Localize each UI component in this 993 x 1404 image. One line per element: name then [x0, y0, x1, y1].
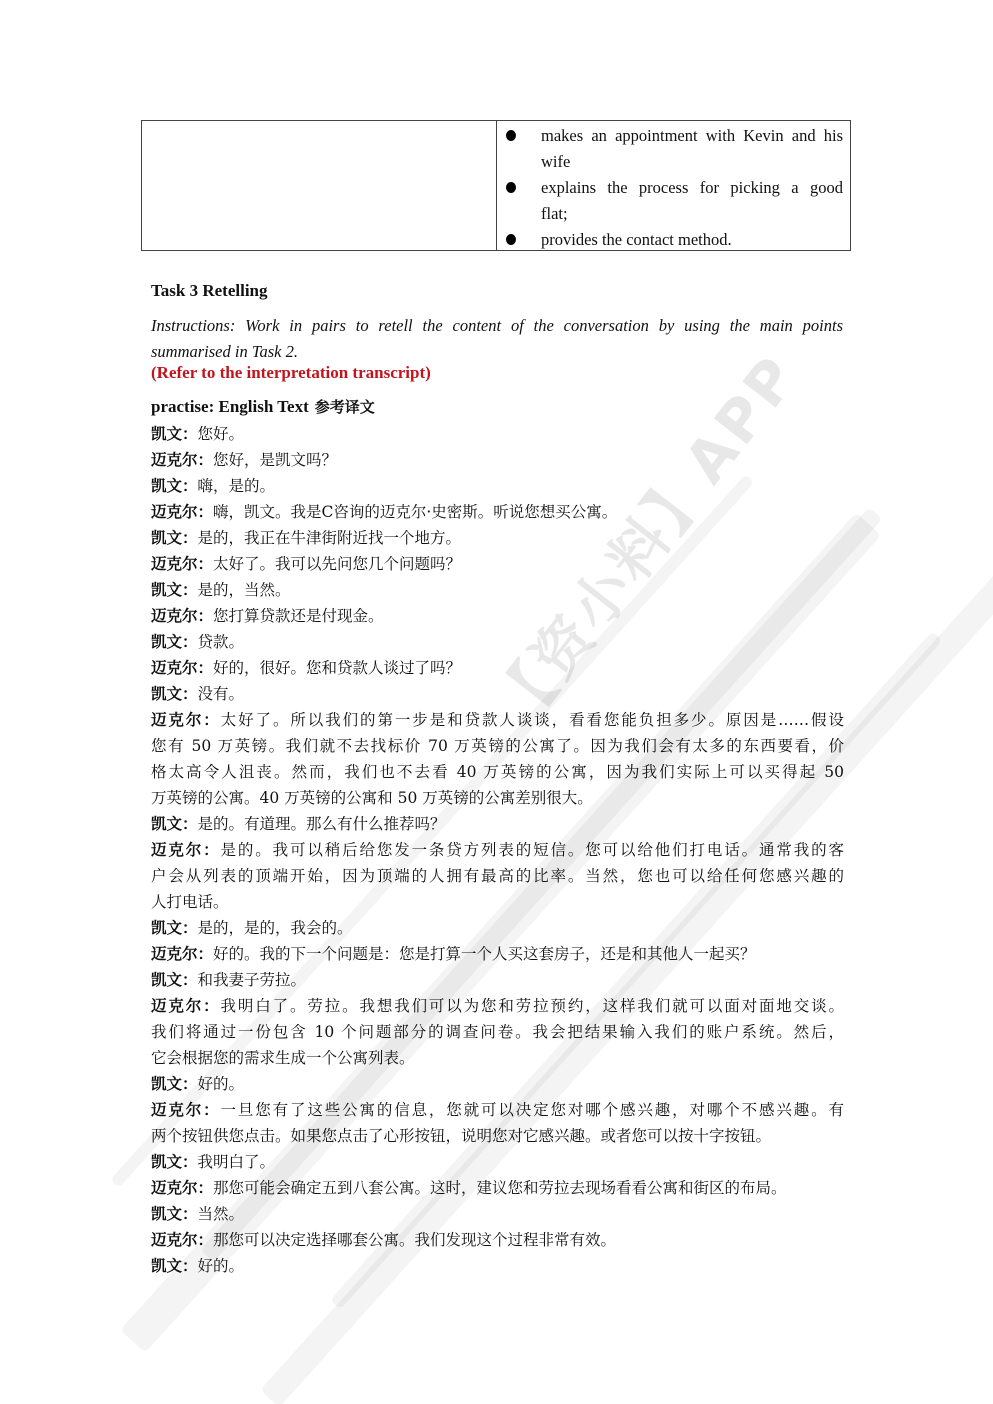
dialogue-line: 它会根据您的需求生成一个公寓列表。: [151, 1045, 844, 1071]
utterance-text: 您好。: [198, 425, 245, 443]
utterance-text: 是的。我可以稍后给您发一条贷方列表的短信。您可以给他们打电话。通常我的客: [220, 841, 844, 859]
dialogue-line: 凯文：好的。: [151, 1253, 844, 1279]
task-instructions: Instructions: Work in pairs to retell th…: [151, 313, 843, 365]
dialogue-turn: 迈克尔：嗨，凯文。我是C咨询的迈克尔·史密斯。听说您想买公寓。: [151, 499, 844, 525]
speaker-label: 迈克尔：: [151, 659, 213, 677]
utterance-text: 您有 50 万英镑。我们就不去找标价 70 万英镑的公寓了。因为我们会有太多的东…: [151, 737, 844, 755]
utterance-text: 我们将通过一份包含 10 个问题部分的调查问卷。我会把结果输入我们的账户系统。然…: [151, 1023, 844, 1041]
dialogue-line: 凯文：和我妻子劳拉。: [151, 967, 844, 993]
utterance-text: 当然。: [198, 1205, 245, 1223]
dialogue-turn: 凯文：好的。: [151, 1253, 844, 1279]
utterance-text: 您好，是凯文吗？: [213, 451, 337, 469]
speaker-label: 迈克尔：: [151, 607, 213, 625]
task-title: Task 3 Retelling: [151, 281, 268, 301]
utterance-text: 两个按钮供您点击。如果您点击了心形按钮，说明您对它感兴趣。或者您可以按十字按钮。: [151, 1127, 771, 1145]
speaker-label: 迈克尔：: [151, 1179, 213, 1197]
utterance-text: 万英镑的公寓。40 万英镑的公寓和 50 万英镑的公寓差别很大。: [151, 789, 593, 807]
dialogue-line: 凯文：您好。: [151, 421, 844, 447]
dialogue-turn: 迈克尔：太好了。我可以先问您几个问题吗？: [151, 551, 844, 577]
utterance-text: 太好了。我可以先问您几个问题吗？: [213, 555, 461, 573]
utterance-text: 好的。我的下一个问题是：您是打算一个人买这套房子，还是和其他人一起买？: [213, 945, 756, 963]
utterance-text: 好的。: [198, 1075, 245, 1093]
dialogue-turn: 凯文：嗨，是的。: [151, 473, 844, 499]
dialogue-line: 迈克尔：太好了。所以我们的第一步是和贷款人谈谈，看看您能负担多少。原因是……假设: [151, 707, 844, 733]
speaker-label: 凯文：: [151, 1257, 198, 1275]
utterance-text: 没有。: [198, 685, 245, 703]
speaker-label: 迈克尔：: [151, 711, 221, 729]
dialogue-line: 迈克尔：您好，是凯文吗？: [151, 447, 844, 473]
dialogue-line: 我们将通过一份包含 10 个问题部分的调查问卷。我会把结果输入我们的账户系统。然…: [151, 1019, 844, 1045]
dialogue-turn: 迈克尔：好的。我的下一个问题是：您是打算一个人买这套房子，还是和其他人一起买？: [151, 941, 844, 967]
utterance-text: 它会根据您的需求生成一个公寓列表。: [151, 1049, 415, 1067]
utterance-text: 格太高令人沮丧。然而，我们也不去看 40 万英镑的公寓，因为我们实际上可以买得起…: [151, 763, 844, 781]
speaker-label: 迈克尔：: [151, 1231, 213, 1249]
dialogue-turn: 凯文：是的，我正在牛津街附近找一个地方。: [151, 525, 844, 551]
dialogue-line: 格太高令人沮丧。然而，我们也不去看 40 万英镑的公寓，因为我们实际上可以买得起…: [151, 759, 844, 785]
dialogue-turn: 凯文：您好。: [151, 421, 844, 447]
dialogue-line: 迈克尔：那您可能会确定五到八套公寓。这时，建议您和劳拉去现场看看公寓和街区的布局…: [151, 1175, 844, 1201]
refer-note: (Refer to the interpretation transcript): [151, 363, 431, 383]
dialogue-turn: 迈克尔：您打算贷款还是付现金。: [151, 603, 844, 629]
dialogue-line: 凯文：我明白了。: [151, 1149, 844, 1175]
dialogue-turn: 迈克尔：太好了。所以我们的第一步是和贷款人谈谈，看看您能负担多少。原因是……假设…: [151, 707, 844, 811]
utterance-text: 户会从列表的顶端开始，因为顶端的人拥有最高的比率。当然，您也可以给任何您感兴趣的: [151, 867, 844, 885]
bullet-item: provides the contact method.: [497, 227, 843, 253]
dialogue-turn: 凯文：好的。: [151, 1071, 844, 1097]
dialogue-line: 迈克尔：好的。我的下一个问题是：您是打算一个人买这套房子，还是和其他人一起买？: [151, 941, 844, 967]
speaker-label: 凯文：: [151, 919, 198, 937]
speaker-label: 凯文：: [151, 425, 198, 443]
dialogue-line: 凯文：是的，我正在牛津街附近找一个地方。: [151, 525, 844, 551]
summary-table: makes an appointment with Kevin and his …: [141, 120, 851, 251]
dialogue-turn: 凯文：是的，当然。: [151, 577, 844, 603]
speaker-label: 凯文：: [151, 633, 198, 651]
utterance-text: 是的，我正在牛津街附近找一个地方。: [198, 529, 462, 547]
utterance-text: 那您可以决定选择哪套公寓。我们发现这个过程非常有效。: [213, 1231, 616, 1249]
dialogue-line: 凯文：当然。: [151, 1201, 844, 1227]
dialogue-line: 凯文：是的，是的，我会的。: [151, 915, 844, 941]
dialogue-line: 迈克尔：好的，很好。您和贷款人谈过了吗？: [151, 655, 844, 681]
dialogue-turn: 迈克尔：我明白了。劳拉。我想我们可以为您和劳拉预约，这样我们就可以面对面地交谈。…: [151, 993, 844, 1071]
dialogue-turn: 迈克尔：那您可以决定选择哪套公寓。我们发现这个过程非常有效。: [151, 1227, 844, 1253]
utterance-text: 那您可能会确定五到八套公寓。这时，建议您和劳拉去现场看看公寓和街区的布局。: [213, 1179, 787, 1197]
speaker-label: 迈克尔：: [151, 451, 213, 469]
utterance-text: 好的，很好。您和贷款人谈过了吗？: [213, 659, 461, 677]
utterance-text: 是的。有道理。那么有什么推荐吗？: [198, 815, 446, 833]
table-left-cell: [142, 121, 497, 250]
speaker-label: 凯文：: [151, 477, 198, 495]
dialogue-turn: 凯文：和我妻子劳拉。: [151, 967, 844, 993]
dialogue-line: 凯文：是的，当然。: [151, 577, 844, 603]
dialogue-turn: 迈克尔：好的，很好。您和贷款人谈过了吗？: [151, 655, 844, 681]
dialogue-turn: 凯文：我明白了。: [151, 1149, 844, 1175]
speaker-label: 迈克尔：: [151, 945, 213, 963]
bullet-dot-icon: [497, 227, 541, 253]
utterance-text: 您打算贷款还是付现金。: [213, 607, 384, 625]
table-right-cell: makes an appointment with Kevin and his …: [497, 121, 850, 250]
utterance-text: 是的，是的，我会的。: [198, 919, 353, 937]
speaker-label: 凯文：: [151, 529, 198, 547]
dialogue-line: 凯文：贷款。: [151, 629, 844, 655]
dialogue-turn: 迈克尔：是的。我可以稍后给您发一条贷方列表的短信。您可以给他们打电话。通常我的客…: [151, 837, 844, 915]
utterance-text: 我明白了。劳拉。我想我们可以为您和劳拉预约，这样我们就可以面对面地交谈。: [220, 997, 844, 1015]
speaker-label: 凯文：: [151, 1205, 198, 1223]
utterance-text: 好的。: [198, 1257, 245, 1275]
speaker-label: 迈克尔：: [151, 503, 213, 521]
document-page: 【资小料】APP makes an appointment with Kevin…: [0, 0, 993, 1404]
speaker-label: 凯文：: [151, 815, 198, 833]
dialogue-turn: 凯文：没有。: [151, 681, 844, 707]
utterance-text: 和我妻子劳拉。: [198, 971, 307, 989]
dialogue-turn: 迈克尔：您好，是凯文吗？: [151, 447, 844, 473]
bullet-dot-icon: [497, 175, 541, 227]
dialogue-turn: 凯文：贷款。: [151, 629, 844, 655]
utterance-text: 人打电话。: [151, 893, 229, 911]
dialogue-line: 迈克尔：嗨，凯文。我是C咨询的迈克尔·史密斯。听说您想买公寓。: [151, 499, 844, 525]
speaker-label: 凯文：: [151, 1153, 198, 1171]
dialogue-transcript: 凯文：您好。迈克尔：您好，是凯文吗？凯文：嗨，是的。迈克尔：嗨，凯文。我是C咨询…: [151, 421, 844, 1279]
speaker-label: 迈克尔：: [151, 841, 220, 859]
speaker-label: 凯文：: [151, 1075, 198, 1093]
dialogue-line: 迈克尔：那您可以决定选择哪套公寓。我们发现这个过程非常有效。: [151, 1227, 844, 1253]
dialogue-line: 凯文：好的。: [151, 1071, 844, 1097]
dialogue-line: 迈克尔：是的。我可以稍后给您发一条贷方列表的短信。您可以给他们打电话。通常我的客: [151, 837, 844, 863]
utterance-text: 太好了。所以我们的第一步是和贷款人谈谈，看看您能负担多少。原因是……假设: [221, 711, 844, 729]
bullet-dot-icon: [497, 123, 541, 175]
dialogue-line: 两个按钮供您点击。如果您点击了心形按钮，说明您对它感兴趣。或者您可以按十字按钮。: [151, 1123, 844, 1149]
speaker-label: 迈克尔：: [151, 555, 213, 573]
utterance-text: 是的，当然。: [198, 581, 291, 599]
dialogue-turn: 迈克尔：那您可能会确定五到八套公寓。这时，建议您和劳拉去现场看看公寓和街区的布局…: [151, 1175, 844, 1201]
speaker-label: 迈克尔：: [151, 997, 220, 1015]
dialogue-line: 凯文：是的。有道理。那么有什么推荐吗？: [151, 811, 844, 837]
dialogue-line: 人打电话。: [151, 889, 844, 915]
dialogue-line: 迈克尔：我明白了。劳拉。我想我们可以为您和劳拉预约，这样我们就可以面对面地交谈。: [151, 993, 844, 1019]
practise-heading: practise: English Text参考译文: [151, 396, 375, 417]
speaker-label: 凯文：: [151, 971, 198, 989]
utterance-text: 我明白了。: [198, 1153, 276, 1171]
dialogue-line: 户会从列表的顶端开始，因为顶端的人拥有最高的比率。当然，您也可以给任何您感兴趣的: [151, 863, 844, 889]
dialogue-turn: 凯文：是的，是的，我会的。: [151, 915, 844, 941]
utterance-text: 嗨，凯文。我是C咨询的迈克尔·史密斯。听说您想买公寓。: [213, 503, 617, 521]
dialogue-line: 迈克尔：您打算贷款还是付现金。: [151, 603, 844, 629]
bullet-item: makes an appointment with Kevin and his …: [497, 123, 843, 175]
speaker-label: 迈克尔：: [151, 1101, 220, 1119]
utterance-text: 嗨，是的。: [198, 477, 276, 495]
dialogue-line: 迈克尔：太好了。我可以先问您几个问题吗？: [151, 551, 844, 577]
dialogue-turn: 凯文：是的。有道理。那么有什么推荐吗？: [151, 811, 844, 837]
bullet-item: explains the process for picking a good …: [497, 175, 843, 227]
dialogue-line: 万英镑的公寓。40 万英镑的公寓和 50 万英镑的公寓差别很大。: [151, 785, 844, 811]
dialogue-turn: 凯文：当然。: [151, 1201, 844, 1227]
dialogue-line: 您有 50 万英镑。我们就不去找标价 70 万英镑的公寓了。因为我们会有太多的东…: [151, 733, 844, 759]
dialogue-line: 凯文：嗨，是的。: [151, 473, 844, 499]
utterance-text: 贷款。: [198, 633, 245, 651]
speaker-label: 凯文：: [151, 581, 198, 599]
utterance-text: 一旦您有了这些公寓的信息，您就可以决定您对哪个感兴趣，对哪个不感兴趣。有: [220, 1101, 844, 1119]
dialogue-line: 凯文：没有。: [151, 681, 844, 707]
dialogue-turn: 迈克尔：一旦您有了这些公寓的信息，您就可以决定您对哪个感兴趣，对哪个不感兴趣。有…: [151, 1097, 844, 1149]
dialogue-line: 迈克尔：一旦您有了这些公寓的信息，您就可以决定您对哪个感兴趣，对哪个不感兴趣。有: [151, 1097, 844, 1123]
speaker-label: 凯文：: [151, 685, 198, 703]
